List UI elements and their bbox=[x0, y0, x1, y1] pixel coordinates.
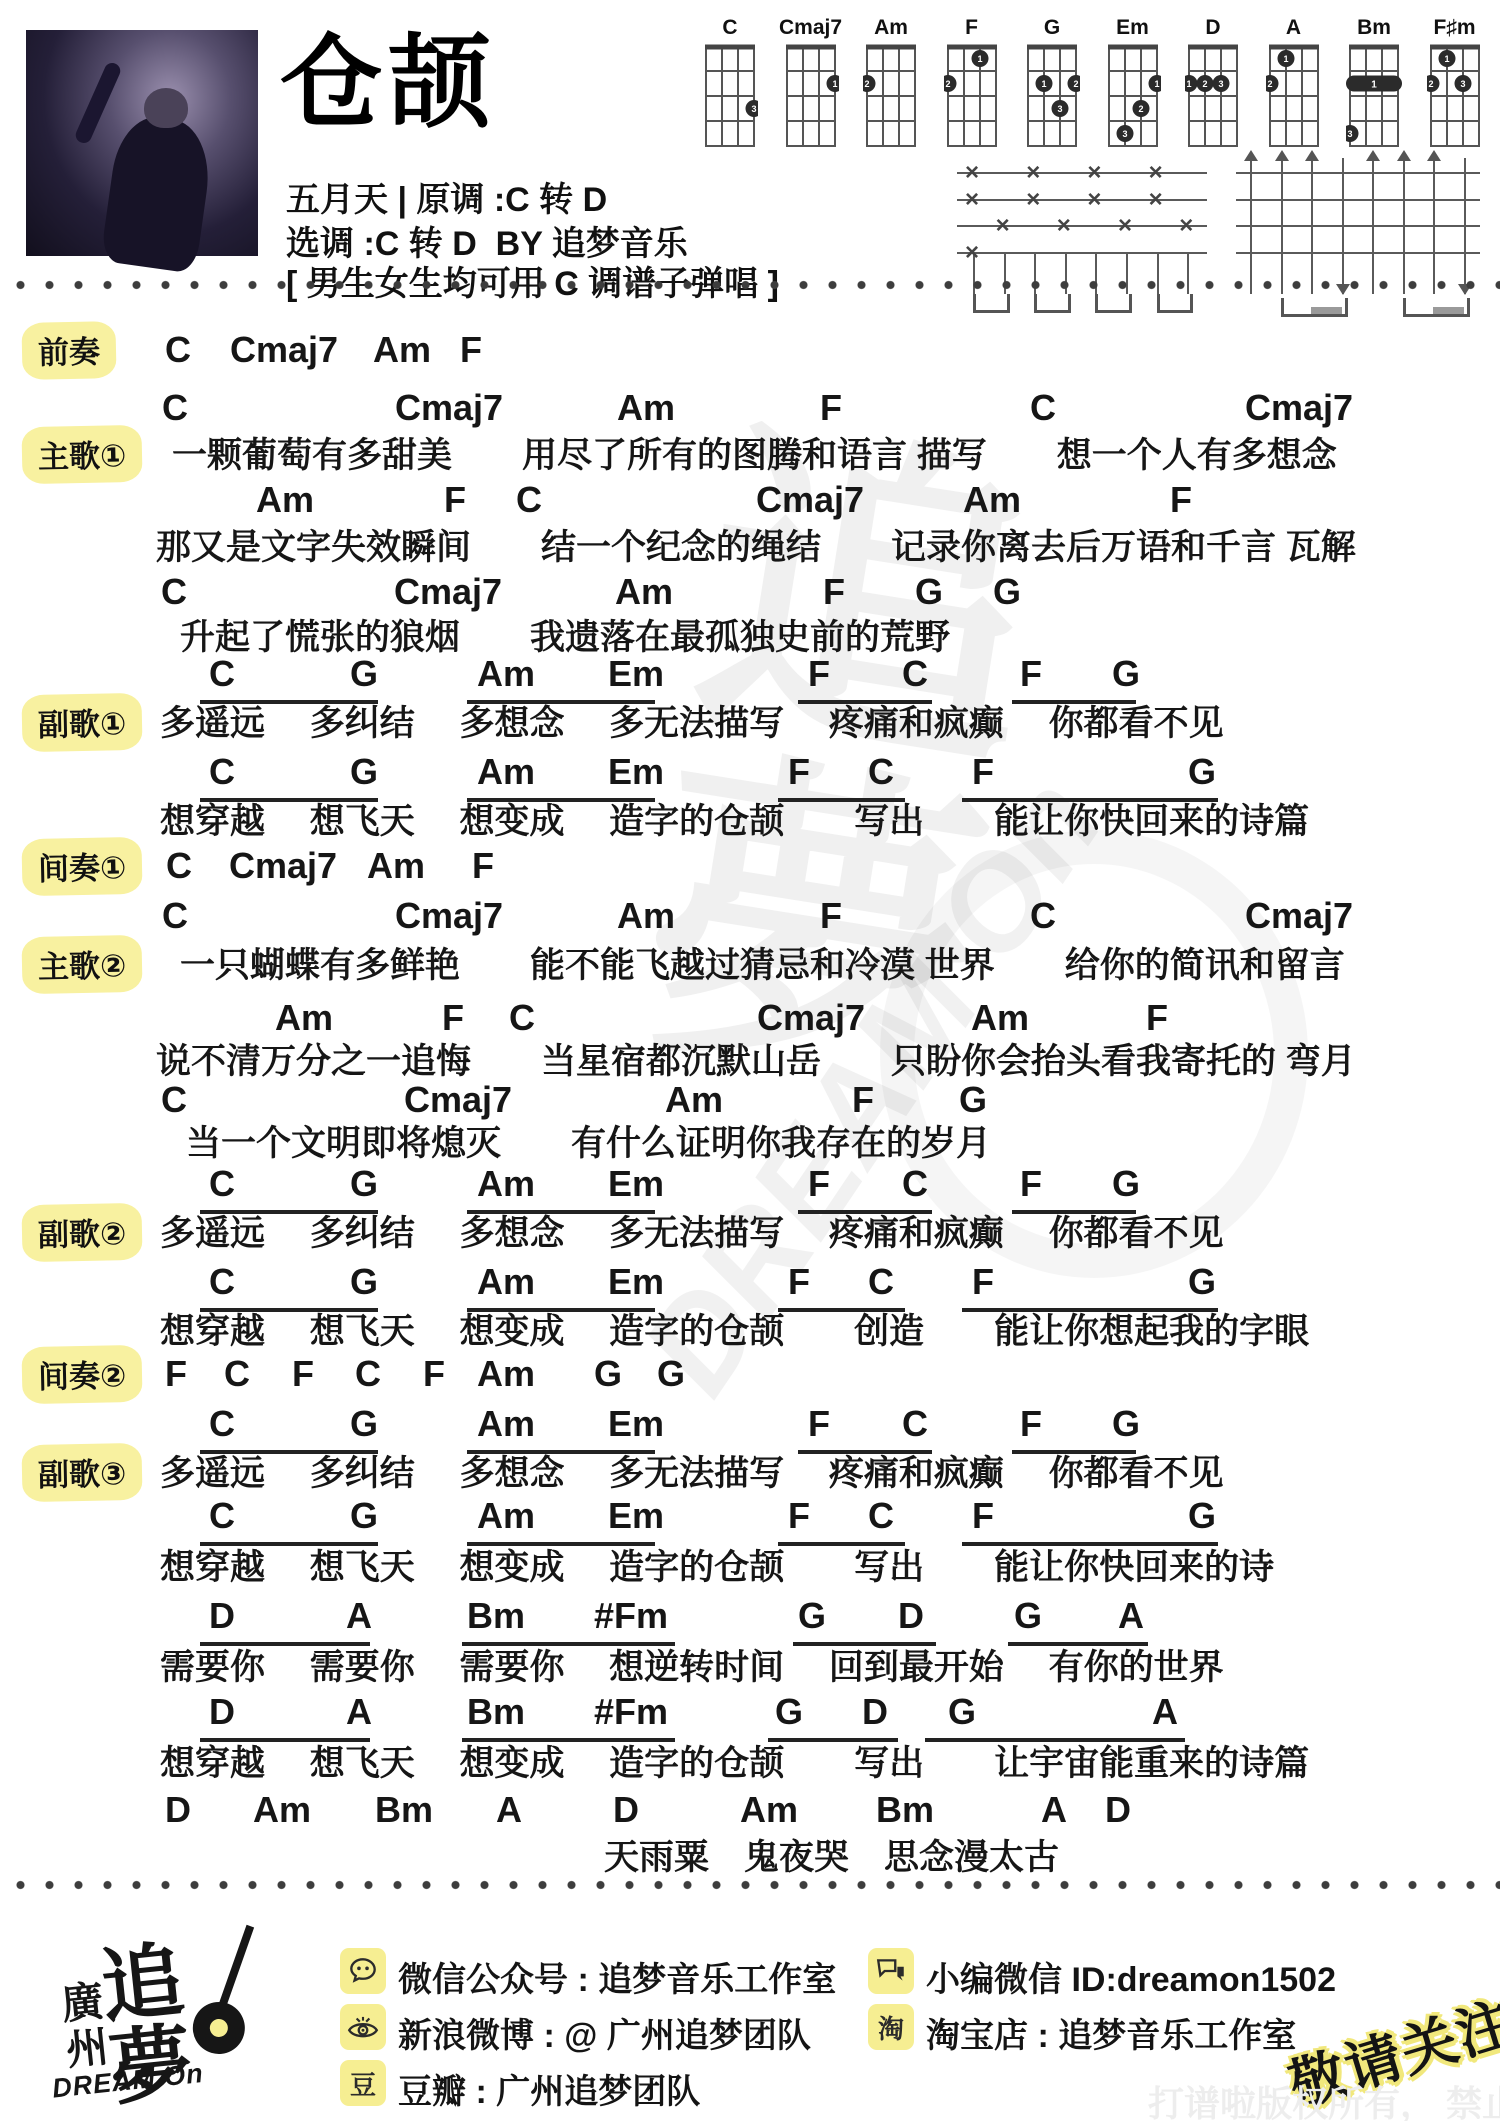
chord-symbol: Am bbox=[740, 1792, 798, 1828]
chord-symbol: C bbox=[162, 898, 188, 934]
chord-symbol: C bbox=[166, 848, 192, 884]
lyric-line: 多遥远 多纠结 多想念 多无法描写 疼痛和疯癫 你都看不见 bbox=[160, 704, 1224, 744]
lyric-line: 一只蝴蝶有多鲜艳 能不能飞越过猜忌和冷漠 世界 给你的简讯和留言 bbox=[180, 946, 1345, 986]
chord-diagram-grid: 2 bbox=[863, 38, 919, 157]
chord-symbol: F bbox=[1020, 1166, 1042, 1202]
chord-symbol: D bbox=[209, 1598, 235, 1634]
chord-diagram-name: Am bbox=[855, 16, 927, 40]
svg-text:1: 1 bbox=[1283, 54, 1288, 64]
chord-symbol: C bbox=[868, 1498, 894, 1534]
chord-symbol: Cmaj7 bbox=[756, 482, 864, 518]
chord-symbol: Am bbox=[477, 1356, 535, 1392]
pick-string-line bbox=[957, 172, 1207, 174]
svg-text:1: 1 bbox=[1371, 80, 1377, 91]
strum-string-line bbox=[1236, 172, 1480, 174]
artist-photo bbox=[73, 60, 123, 145]
strum-stem bbox=[1464, 158, 1466, 294]
strum-stem bbox=[1311, 158, 1313, 294]
social-link-label: 豆瓣 : 广州追梦团队 bbox=[398, 2064, 700, 2113]
chord-symbol: C bbox=[224, 1356, 250, 1392]
svg-text:2: 2 bbox=[1138, 104, 1143, 114]
chord-symbol: C bbox=[902, 1166, 928, 1202]
chord-symbol: C bbox=[509, 1000, 535, 1036]
section-label: 副歌② bbox=[21, 1203, 142, 1263]
pick-x-mark: × bbox=[965, 161, 979, 185]
chord-symbol: Cmaj7 bbox=[404, 1082, 512, 1118]
chord-symbol: C bbox=[1030, 390, 1056, 426]
chord-symbol: F bbox=[1020, 656, 1042, 692]
chord-symbol: C bbox=[355, 1356, 381, 1392]
chord-symbol: F bbox=[820, 898, 842, 934]
chord-diagram-grid: 12 bbox=[1266, 38, 1322, 157]
chord-symbol: C bbox=[209, 1498, 235, 1534]
strum-up-arrow bbox=[1275, 150, 1289, 161]
section-label: 间奏① bbox=[21, 837, 142, 897]
chord-symbol: D bbox=[898, 1598, 924, 1634]
chord-symbol: Am bbox=[617, 898, 675, 934]
chord-diagram-grid: 3 bbox=[702, 38, 758, 157]
chord-symbol: Em bbox=[608, 1264, 664, 1300]
lyric-line: 需要你 需要你 需要你 想逆转时间 回到最开始 有你的世界 bbox=[160, 1648, 1224, 1688]
chord-symbol: Cmaj7 bbox=[1245, 390, 1353, 426]
song-title: 仓颉 bbox=[280, 22, 496, 144]
chord-symbol: F bbox=[165, 1356, 187, 1392]
section-label: 副歌① bbox=[21, 693, 142, 753]
chord-diagram-name: C bbox=[694, 16, 766, 40]
svg-text:2: 2 bbox=[864, 79, 869, 89]
chord-symbol: A bbox=[1118, 1598, 1144, 1634]
chord-symbol: Cmaj7 bbox=[395, 390, 503, 426]
strum-up-arrow bbox=[1366, 150, 1380, 161]
lyric-line: 说不清万分之一追悔 当星宿都沉默山岳 只盼你会抬头看我寄托的 弯月 bbox=[156, 1042, 1356, 1082]
chord-symbol: F bbox=[852, 1082, 874, 1118]
chord-symbol: Am bbox=[971, 1000, 1029, 1036]
strum-up-arrow bbox=[1427, 150, 1441, 161]
chord-underline bbox=[925, 1738, 1185, 1742]
chord-symbol: C bbox=[902, 656, 928, 692]
chord-symbol: Am bbox=[367, 848, 425, 884]
chord-diagram-grid: 123 bbox=[1024, 38, 1080, 157]
chord-symbol: Am bbox=[665, 1082, 723, 1118]
artist-photo bbox=[100, 112, 216, 274]
svg-text:2: 2 bbox=[945, 79, 950, 89]
chord-symbol: F bbox=[442, 1000, 464, 1036]
chord-symbol: Am bbox=[617, 390, 675, 426]
chord-symbol: C bbox=[162, 390, 188, 426]
chord-symbol: C bbox=[868, 1264, 894, 1300]
chord-symbol: F bbox=[788, 1264, 810, 1300]
chord-symbol: G bbox=[350, 1406, 378, 1442]
chord-symbol: F bbox=[972, 1498, 994, 1534]
chord-symbol: C bbox=[209, 1406, 235, 1442]
section-label: 前奏 bbox=[21, 321, 116, 380]
lyric-line: 多遥远 多纠结 多想念 多无法描写 疼痛和疯癫 你都看不见 bbox=[160, 1454, 1224, 1494]
chord-symbol: G bbox=[959, 1082, 987, 1118]
chord-symbol: F bbox=[292, 1356, 314, 1392]
chord-diagram-grid: 1 bbox=[783, 38, 839, 157]
strum-stem bbox=[1372, 158, 1374, 294]
svg-text:2: 2 bbox=[1428, 79, 1433, 89]
lyric-line: 想穿越 想飞天 想变成 造字的仓颉 写出 让宇宙能重来的诗篇 bbox=[160, 1744, 1309, 1784]
chord-diagram-grid: 12 bbox=[944, 38, 1000, 157]
chord-symbol: G bbox=[350, 754, 378, 790]
chord-symbol: A bbox=[1152, 1694, 1178, 1730]
pick-x-mark: × bbox=[1026, 188, 1040, 212]
chord-symbol: F bbox=[808, 656, 830, 692]
chord-symbol: Cmaj7 bbox=[229, 848, 337, 884]
chord-symbol: G bbox=[775, 1694, 803, 1730]
chord-symbol: A bbox=[346, 1694, 372, 1730]
svg-text:3: 3 bbox=[1057, 104, 1062, 114]
strum-up-arrow bbox=[1305, 150, 1319, 161]
chord-symbol: Em bbox=[608, 1498, 664, 1534]
chord-symbol: D bbox=[613, 1792, 639, 1828]
chord-symbol: G bbox=[350, 656, 378, 692]
chord-symbol: C bbox=[165, 332, 191, 368]
chord-symbol: F bbox=[808, 1406, 830, 1442]
chord-symbol: Em bbox=[608, 1406, 664, 1442]
chord-symbol: Cmaj7 bbox=[1245, 898, 1353, 934]
artist-photo bbox=[144, 88, 188, 128]
chord-symbol: C bbox=[209, 754, 235, 790]
pick-x-mark: × bbox=[1087, 161, 1101, 185]
wechat-icon bbox=[340, 1948, 386, 1994]
chord-symbol: G bbox=[993, 574, 1021, 610]
strum-stem bbox=[1250, 158, 1252, 294]
chord-symbol: C bbox=[209, 1264, 235, 1300]
chord-symbol: Bm bbox=[467, 1694, 525, 1730]
chord-symbol: F bbox=[808, 1166, 830, 1202]
svg-text:2: 2 bbox=[1202, 79, 1207, 89]
pick-x-mark: × bbox=[965, 241, 979, 265]
lyric-line: 想穿越 想飞天 想变成 造字的仓颉 写出 能让你快回来的诗 bbox=[160, 1548, 1274, 1588]
chord-symbol: Em bbox=[608, 656, 664, 692]
chord-symbol: #Fm bbox=[594, 1598, 668, 1634]
dotted-separator-bottom bbox=[0, 1880, 1500, 1890]
chord-diagram-grid: 123 bbox=[1185, 38, 1241, 157]
chord-symbol: Bm bbox=[375, 1792, 433, 1828]
pick-x-mark: × bbox=[965, 188, 979, 212]
strum-string-line bbox=[1236, 225, 1480, 227]
chord-symbol: G bbox=[798, 1598, 826, 1634]
lyric-line: 一颗葡萄有多甜美 用尽了所有的图腾和语言 描写 想一个人有多想念 bbox=[172, 436, 1337, 476]
chord-symbol: A bbox=[346, 1598, 372, 1634]
chord-underline bbox=[200, 1738, 370, 1742]
chord-symbol: G bbox=[1112, 1406, 1140, 1442]
chord-symbol: Am bbox=[963, 482, 1021, 518]
chord-symbol: D bbox=[862, 1694, 888, 1730]
svg-text:3: 3 bbox=[1122, 129, 1127, 139]
chord-symbol: G bbox=[1014, 1598, 1042, 1634]
chord-diagram-name: Bm bbox=[1338, 16, 1410, 40]
section-label: 主歌① bbox=[21, 425, 142, 485]
chord-symbol: Cmaj7 bbox=[395, 898, 503, 934]
chord-symbol: G bbox=[350, 1166, 378, 1202]
chord-symbol: F bbox=[972, 754, 994, 790]
artist-key-line: 五月天 | 原调 :C 转 D bbox=[286, 172, 607, 221]
chord-symbol: F bbox=[823, 574, 845, 610]
svg-text:2: 2 bbox=[1073, 79, 1078, 89]
pick-x-mark: × bbox=[1057, 214, 1071, 238]
chord-diagram-name: Cmaj7 bbox=[775, 16, 847, 40]
chord-symbol: F bbox=[820, 390, 842, 426]
pick-x-mark: × bbox=[996, 214, 1010, 238]
chord-symbol: G bbox=[350, 1498, 378, 1534]
strum-stem bbox=[1342, 158, 1344, 294]
chord-symbol: D bbox=[165, 1792, 191, 1828]
chord-symbol: Bm bbox=[467, 1598, 525, 1634]
dotted-separator-top bbox=[0, 280, 1500, 290]
chord-symbol: F bbox=[444, 482, 466, 518]
chord-symbol: G bbox=[657, 1356, 685, 1392]
svg-text:3: 3 bbox=[1218, 79, 1223, 89]
svg-text:3: 3 bbox=[1460, 79, 1465, 89]
chord-symbol: Am bbox=[477, 754, 535, 790]
chord-symbol: G bbox=[1112, 1166, 1140, 1202]
strum-string-line bbox=[1236, 252, 1480, 254]
chord-symbol: Am bbox=[373, 332, 431, 368]
pick-string-line bbox=[957, 252, 1207, 254]
chord-symbol: Am bbox=[477, 1498, 535, 1534]
chord-symbol: Am bbox=[477, 1264, 535, 1300]
social-link-label: 微信公众号 : 追梦音乐工作室 bbox=[398, 1952, 836, 2001]
svg-text:1: 1 bbox=[1154, 79, 1159, 89]
pick-x-mark: × bbox=[1087, 188, 1101, 212]
chord-symbol: Am bbox=[477, 656, 535, 692]
strum-up-arrow bbox=[1397, 150, 1411, 161]
svg-text:3: 3 bbox=[1347, 129, 1352, 139]
chord-symbol: #Fm bbox=[594, 1694, 668, 1730]
chord-symbol: Am bbox=[477, 1406, 535, 1442]
strum-up-arrow bbox=[1244, 150, 1258, 161]
pick-x-mark: × bbox=[1026, 161, 1040, 185]
chord-symbol: C bbox=[161, 1082, 187, 1118]
lyric-line: 升起了慌张的狼烟 我遗落在最孤独史前的荒野 bbox=[180, 618, 950, 658]
chord-symbol: F bbox=[1020, 1406, 1042, 1442]
chord-symbol: D bbox=[1105, 1792, 1131, 1828]
social-link-label: 淘宝店 : 追梦音乐工作室 bbox=[926, 2008, 1296, 2057]
chord-symbol: Am bbox=[256, 482, 314, 518]
lyric-line: 想穿越 想飞天 想变成 造字的仓颉 写出 能让你快回来的诗篇 bbox=[160, 802, 1309, 842]
section-label: 主歌② bbox=[21, 935, 142, 995]
pick-x-mark: × bbox=[1179, 214, 1193, 238]
artist-photo bbox=[26, 30, 258, 256]
chord-underline bbox=[768, 1738, 898, 1742]
chord-symbol: F bbox=[1170, 482, 1192, 518]
chord-symbol: F bbox=[472, 848, 494, 884]
pick-beam bbox=[1034, 294, 1071, 313]
chord-diagram-name: G bbox=[1016, 16, 1088, 40]
lyric-line: 天雨粟 鬼夜哭 思念漫太古 bbox=[604, 1838, 1059, 1878]
chord-diagram-grid: 13 bbox=[1346, 38, 1402, 157]
chord-diagram-name: D bbox=[1177, 16, 1249, 40]
weibo-icon bbox=[340, 2004, 386, 2050]
chord-symbol: C bbox=[209, 1166, 235, 1202]
social-link-label: 小编微信 ID:dreamon1502 bbox=[926, 1952, 1336, 2001]
chord-symbol: Am bbox=[275, 1000, 333, 1036]
chord-symbol: A bbox=[496, 1792, 522, 1828]
chord-underline bbox=[1008, 1642, 1148, 1646]
chord-symbol: C bbox=[209, 656, 235, 692]
chord-symbol: Am bbox=[477, 1166, 535, 1202]
strum-stem bbox=[1281, 158, 1283, 294]
chord-symbol: C bbox=[1030, 898, 1056, 934]
chord-diagram-name: F bbox=[936, 16, 1008, 40]
chord-diagram-grid: 123 bbox=[1427, 38, 1483, 157]
social-link-label: 新浪微博 : @ 广州追梦团队 bbox=[398, 2008, 811, 2057]
svg-text:1: 1 bbox=[977, 54, 982, 64]
section-label: 副歌③ bbox=[21, 1443, 142, 1503]
chord-sheet-page: 仓颉 五月天 | 原调 :C 转 D 选调 :C 转 D BY 追梦音乐 [ 男… bbox=[0, 0, 1500, 2121]
pick-x-mark: × bbox=[1149, 161, 1163, 185]
chord-underline bbox=[200, 1542, 378, 1546]
svg-text:1: 1 bbox=[832, 79, 837, 89]
svg-text:1: 1 bbox=[1444, 54, 1449, 64]
pick-x-mark: × bbox=[1118, 214, 1132, 238]
copyright-watermark: 打谱啦版权所有， 禁止转载 bbox=[1148, 2076, 1500, 2121]
lyric-line: 当一个文明即将熄灭 有什么证明你我存在的岁月 bbox=[186, 1124, 991, 1164]
chord-symbol: F bbox=[423, 1356, 445, 1392]
svg-text:2: 2 bbox=[1267, 79, 1272, 89]
chord-symbol: G bbox=[1112, 656, 1140, 692]
chord-symbol: D bbox=[209, 1694, 235, 1730]
chord-diagram-name: F♯m bbox=[1419, 16, 1491, 40]
chord-symbol: G bbox=[915, 574, 943, 610]
taobao-icon: 淘 bbox=[868, 2004, 914, 2050]
dream-on-logo: 廣州 追夢 DREAM On bbox=[38, 1926, 285, 2119]
pick-beam bbox=[973, 294, 1010, 313]
chord-symbol: F bbox=[788, 1498, 810, 1534]
chat-icon bbox=[868, 1948, 914, 1994]
svg-text:3: 3 bbox=[751, 104, 756, 114]
chord-underline bbox=[462, 1642, 675, 1646]
chord-diagram-name: Em bbox=[1097, 16, 1169, 40]
chord-symbol: Cmaj7 bbox=[757, 1000, 865, 1036]
chord-underline bbox=[778, 1542, 905, 1546]
chord-underline bbox=[462, 1738, 675, 1742]
chord-symbol: Cmaj7 bbox=[394, 574, 502, 610]
lyric-line: 那又是文字失效瞬间 结一个纪念的绳结 记录你离去后万语和千言 瓦解 bbox=[156, 528, 1356, 568]
chord-underline bbox=[962, 1542, 1218, 1546]
chord-symbol: G bbox=[594, 1356, 622, 1392]
chord-symbol: G bbox=[1188, 1498, 1216, 1534]
strum-string-line bbox=[1236, 199, 1480, 201]
chord-symbol: F bbox=[460, 332, 482, 368]
chord-symbol: Am bbox=[615, 574, 673, 610]
chord-symbol: F bbox=[972, 1264, 994, 1300]
lyric-line: 多遥远 多纠结 多想念 多无法描写 疼痛和疯癫 你都看不见 bbox=[160, 1214, 1224, 1254]
chord-symbol: C bbox=[902, 1406, 928, 1442]
strum-stem bbox=[1403, 158, 1405, 294]
pick-beam bbox=[1095, 294, 1132, 313]
chord-underline bbox=[200, 1642, 370, 1646]
chord-symbol: F bbox=[788, 754, 810, 790]
chord-diagram-name: A bbox=[1258, 16, 1330, 40]
chord-symbol: G bbox=[1188, 1264, 1216, 1300]
chord-symbol: Em bbox=[608, 1166, 664, 1202]
chord-diagram-grid: 123 bbox=[1105, 38, 1161, 157]
chord-symbol: F bbox=[1146, 1000, 1168, 1036]
pick-x-mark: × bbox=[1149, 188, 1163, 212]
strum-stem bbox=[1433, 158, 1435, 294]
chord-symbol: Cmaj7 bbox=[230, 332, 338, 368]
chord-symbol: Bm bbox=[876, 1792, 934, 1828]
chord-symbol: G bbox=[350, 1264, 378, 1300]
pick-string-line bbox=[957, 199, 1207, 201]
chord-symbol: C bbox=[161, 574, 187, 610]
pick-string-line bbox=[957, 225, 1207, 227]
lyric-line: 想穿越 想飞天 想变成 造字的仓颉 创造 能让你想起我的字眼 bbox=[160, 1312, 1309, 1352]
svg-text:1: 1 bbox=[1186, 79, 1191, 89]
chord-symbol: G bbox=[1188, 754, 1216, 790]
chord-symbol: G bbox=[948, 1694, 976, 1730]
svg-text:1: 1 bbox=[1041, 79, 1046, 89]
strum-beam-fill bbox=[1433, 307, 1464, 314]
chord-underline bbox=[793, 1642, 936, 1646]
section-label: 间奏② bbox=[21, 1345, 142, 1405]
chord-symbol: C bbox=[516, 482, 542, 518]
strum-beam-fill bbox=[1311, 307, 1342, 314]
pick-beam bbox=[1157, 294, 1194, 313]
guitar-icon bbox=[178, 1920, 282, 2069]
chord-symbol: Am bbox=[253, 1792, 311, 1828]
chord-underline bbox=[467, 1542, 655, 1546]
douban-icon: 豆 bbox=[340, 2060, 386, 2106]
chord-symbol: Em bbox=[608, 754, 664, 790]
chord-symbol: A bbox=[1041, 1792, 1067, 1828]
chord-symbol: C bbox=[868, 754, 894, 790]
